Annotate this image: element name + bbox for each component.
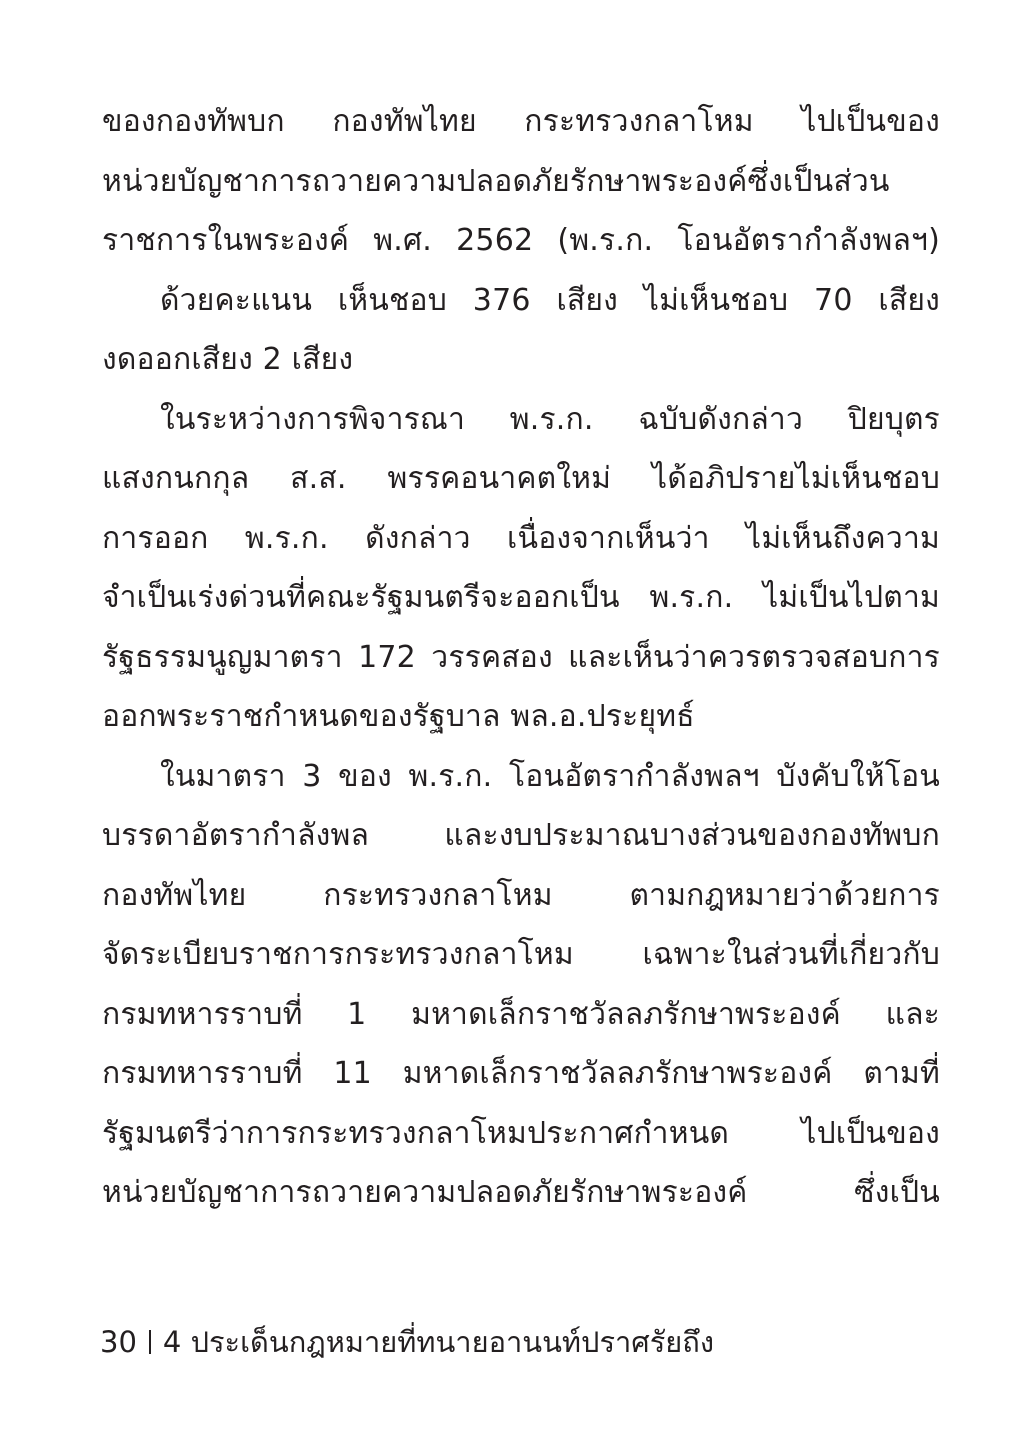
- page-number: 30: [100, 1325, 137, 1359]
- paragraph-start-line: ในระหว่างการพิจารณา พ.ร.ก. ฉบับดังกล่าว …: [102, 390, 940, 450]
- text-line: จัดระเบียบราชการกระทรวงกลาโหม เฉพาะในส่ว…: [102, 925, 940, 985]
- paragraph-end-line: งดออกเสียง 2 เสียง: [102, 330, 940, 390]
- text-line: การออก พ.ร.ก. ดังกล่าว เนื่องจากเห็นว่า …: [102, 509, 940, 569]
- footer-separator: [149, 1330, 151, 1354]
- text-line: กรมทหารราบที่ 11 มหาดเล็กราชวัลลภรักษาพร…: [102, 1044, 940, 1104]
- text-line: ราชการในพระองค์ พ.ศ. 2562 (พ.ร.ก. โอนอัต…: [102, 211, 940, 271]
- paragraph-start-line: ในมาตรา 3 ของ พ.ร.ก. โอนอัตรากำลังพลฯ บั…: [102, 747, 940, 807]
- text-line: หน่วยบัญชาการถวายความปลอดภัยรักษาพระองค์…: [102, 152, 940, 212]
- text-line: กรมทหารราบที่ 1 มหาดเล็กราชวัลลภรักษาพระ…: [102, 985, 940, 1045]
- text-line: จำเป็นเร่งด่วนที่คณะรัฐมนตรีจะออกเป็น พ.…: [102, 568, 940, 628]
- page-footer: 304 ประเด็นกฎหมายที่ทนายอานนท์ปราศรัยถึง: [100, 1320, 714, 1364]
- book-title: 4 ประเด็นกฎหมายที่ทนายอานนท์ปราศรัยถึง: [163, 1325, 714, 1359]
- paragraph-start-line: ด้วยคะแนน เห็นชอบ 376 เสียง ไม่เห็นชอบ 7…: [102, 271, 940, 331]
- text-line: หน่วยบัญชาการถวายความปลอดภัยรักษาพระองค์…: [102, 1163, 940, 1223]
- text-line: ของกองทัพบก กองทัพไทย กระทรวงกลาโหม ไปเป…: [102, 92, 940, 152]
- paragraph-end-line: ออกพระราชกำหนดของรัฐบาล พล.อ.ประยุทธ์: [102, 687, 940, 747]
- text-line: กองทัพไทย กระทรวงกลาโหม ตามกฎหมายว่าด้วย…: [102, 866, 940, 926]
- text-line: รัฐธรรมนูญมาตรา 172 วรรคสอง และเห็นว่าคว…: [102, 628, 940, 688]
- text-line: รัฐมนตรีว่าการกระทรวงกลาโหมประกาศกำหนด ไ…: [102, 1104, 940, 1164]
- text-line: บรรดาอัตรากำลังพล และงบประมาณบางส่วนของก…: [102, 806, 940, 866]
- page-body: ของกองทัพบก กองทัพไทย กระทรวงกลาโหม ไปเป…: [102, 92, 940, 1223]
- text-line: แสงกนกกุล ส.ส. พรรคอนาคตใหม่ ได้อภิปรายไ…: [102, 449, 940, 509]
